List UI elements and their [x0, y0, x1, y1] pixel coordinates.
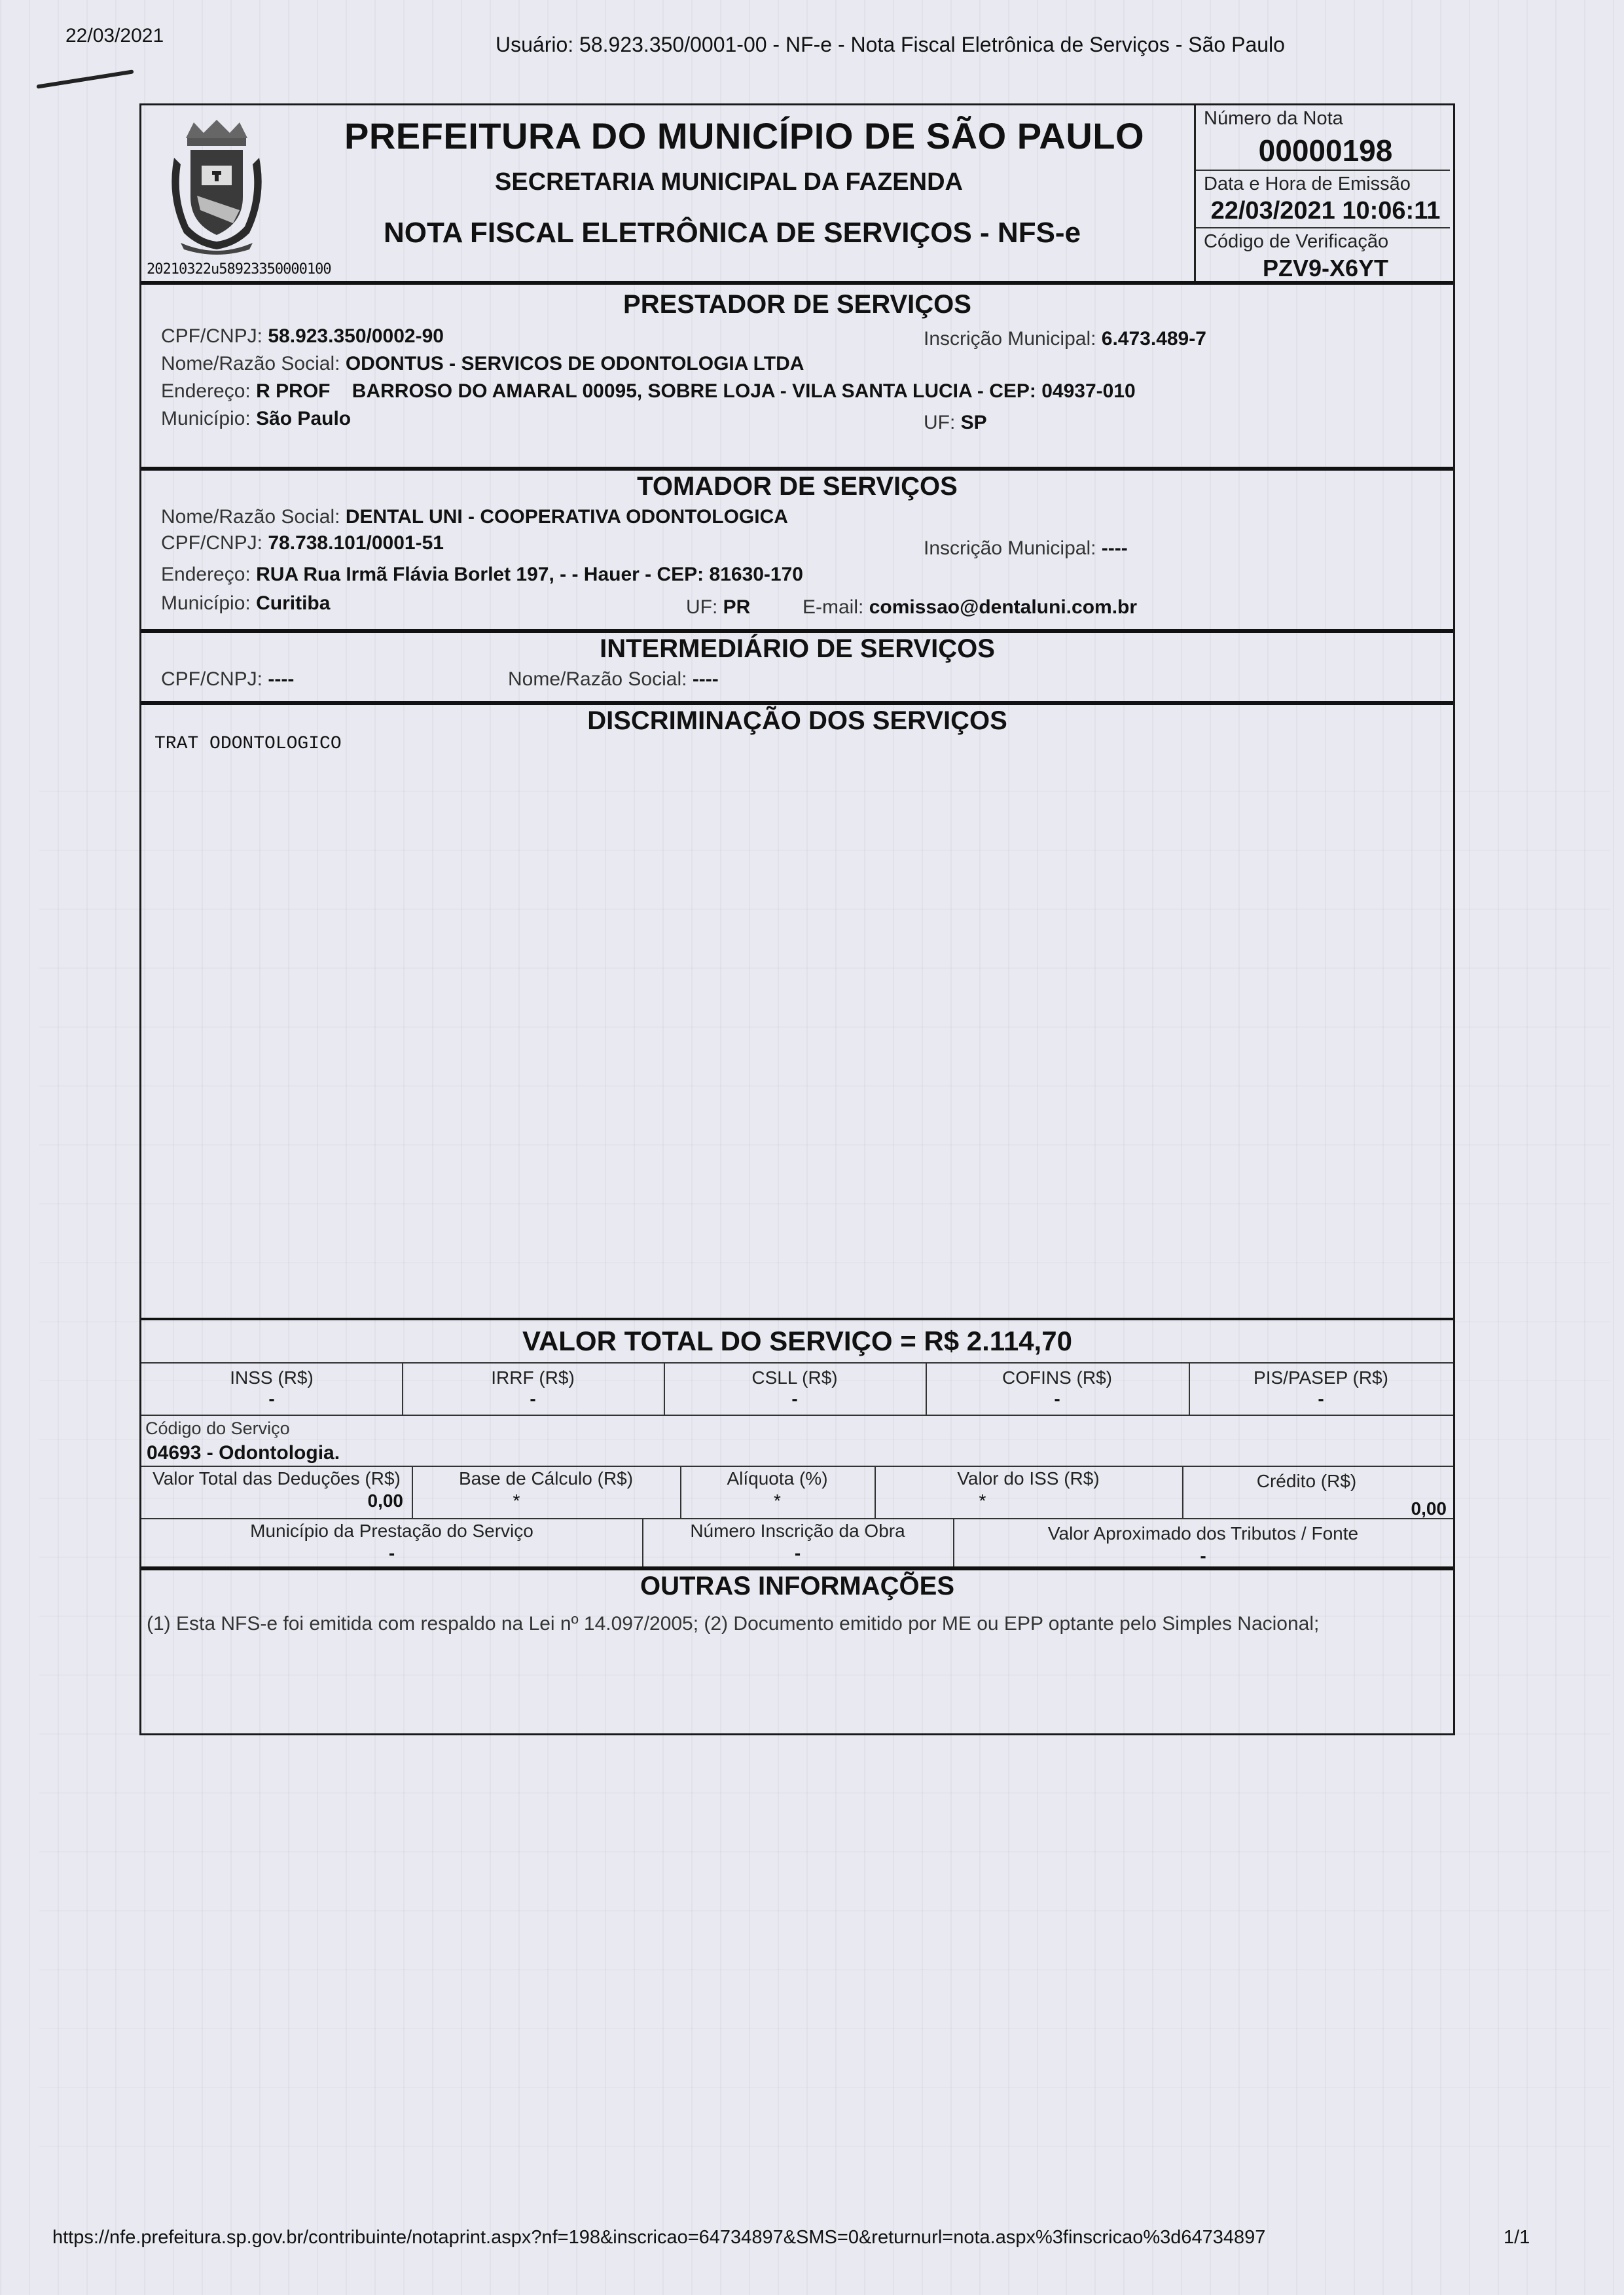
- service-municipality-label: Município da Prestação do Serviço: [141, 1521, 642, 1542]
- note-info-box: Número da Nota 00000198 Data e Hora de E…: [1194, 105, 1455, 282]
- intermediary-name: Nome/Razão Social: ----: [508, 668, 719, 691]
- cofins-label: COFINS (R$): [926, 1367, 1189, 1388]
- intermediary-cnpj: CPF/CNPJ: ----: [161, 668, 294, 691]
- divider: [141, 1518, 1453, 1519]
- customer-im: Inscrição Municipal: ----: [924, 537, 1128, 560]
- provider-uf: UF: SP: [924, 412, 987, 434]
- verification-code: PZV9-X6YT: [1196, 255, 1455, 282]
- inss-value: -: [141, 1388, 402, 1409]
- service-municipality-value: -: [141, 1543, 642, 1564]
- customer-cnpj: CPF/CNPJ: 78.738.101/0001-51: [161, 532, 444, 554]
- work-registration-label: Número Inscrição da Obra: [642, 1521, 953, 1542]
- services-section-title: DISCRIMINAÇÃO DOS SERVIÇOS: [141, 706, 1453, 736]
- org-title: PREFEITURA DO MUNICÍPIO DE SÃO PAULO: [344, 115, 1144, 157]
- calc-base-value: *: [412, 1491, 621, 1511]
- deductions-label: Valor Total das Deduções (R$): [141, 1468, 412, 1489]
- rate-value: *: [680, 1491, 875, 1511]
- rate-label: Alíquota (%): [680, 1468, 875, 1489]
- pis-pasep-label: PIS/PASEP (R$): [1189, 1367, 1453, 1388]
- provider-city: Município: São Paulo: [161, 408, 351, 430]
- inss-label: INSS (R$): [141, 1367, 402, 1388]
- print-title: Usuário: 58.923.350/0001-00 - NF-e - Not…: [496, 33, 1285, 57]
- credit-label: Crédito (R$): [1182, 1471, 1431, 1492]
- pis-pasep-value: -: [1189, 1388, 1453, 1409]
- doc-type-title: NOTA FISCAL ELETRÔNICA DE SERVIÇOS - NFS…: [384, 217, 1081, 249]
- provider-cnpj: CPF/CNPJ: 58.923.350/0002-90: [161, 325, 444, 348]
- service-code-label: Código do Serviço: [145, 1419, 290, 1439]
- note-number: 00000198: [1196, 133, 1455, 168]
- divider: [141, 281, 1453, 285]
- total-value: VALOR TOTAL DO SERVIÇO = R$ 2.114,70: [141, 1326, 1453, 1357]
- provider-section-title: PRESTADOR DE SERVIÇOS: [141, 290, 1453, 319]
- intermediary-section-title: INTERMEDIÁRIO DE SERVIÇOS: [141, 634, 1453, 664]
- coat-of-arms-icon: [168, 118, 266, 256]
- note-number-label: Número da Nota: [1204, 108, 1343, 130]
- iss-value-label: Valor do ISS (R$): [875, 1468, 1182, 1489]
- issue-datetime: 22/03/2021 10:06:11: [1196, 197, 1455, 225]
- divider: [141, 467, 1453, 471]
- approx-taxes-label: Valor Aproximado dos Tributos / Fonte: [953, 1523, 1453, 1544]
- print-url: https://nfe.prefeitura.sp.gov.br/contrib…: [52, 2227, 1265, 2249]
- customer-section-title: TOMADOR DE SERVIÇOS: [141, 472, 1453, 501]
- irrf-value: -: [402, 1388, 664, 1409]
- approx-taxes-value: -: [953, 1545, 1453, 1566]
- deductions-value: 0,00: [141, 1491, 403, 1511]
- irrf-label: IRRF (R$): [402, 1367, 664, 1388]
- page-number: 1/1: [1504, 2227, 1530, 2249]
- customer-email: E-mail: comissao@dentaluni.com.br: [803, 596, 1137, 619]
- csll-label: CSLL (R$): [664, 1367, 926, 1388]
- divider: [141, 1566, 1453, 1570]
- credit-value: 0,00: [1182, 1498, 1447, 1519]
- provider-name: Nome/Razão Social: ODONTUS - SERVICOS DE…: [161, 353, 804, 375]
- provider-im: Inscrição Municipal: 6.473.489-7: [924, 328, 1206, 350]
- calc-base-label: Base de Cálculo (R$): [412, 1468, 680, 1489]
- other-info-title: OUTRAS INFORMAÇÕES: [141, 1572, 1453, 1601]
- customer-name: Nome/Razão Social: DENTAL UNI - COOPERAT…: [161, 506, 788, 528]
- issue-datetime-label: Data e Hora de Emissão: [1204, 173, 1411, 195]
- divider: [141, 629, 1453, 633]
- pen-mark: [36, 69, 134, 88]
- divider: [141, 1466, 1453, 1467]
- customer-uf: UF: PR: [686, 596, 750, 619]
- csll-value: -: [664, 1388, 926, 1409]
- customer-address: Endereço: RUA Rua Irmã Flávia Borlet 197…: [161, 564, 803, 586]
- provider-address: Endereço: R PROF BARROSO DO AMARAL 00095…: [161, 380, 1136, 403]
- iss-value: *: [875, 1491, 1091, 1511]
- barcode-text: 20210322u58923350000100: [147, 261, 331, 278]
- dept-title: SECRETARIA MUNICIPAL DA FAZENDA: [495, 168, 963, 196]
- cofins-value: -: [926, 1388, 1189, 1409]
- services-description: TRAT ODONTOLOGICO: [154, 734, 342, 754]
- work-registration-value: -: [642, 1543, 953, 1564]
- other-info-text: (1) Esta NFS-e foi emitida com respaldo …: [147, 1612, 1377, 1636]
- nfse-document: 20210322u58923350000100 PREFEITURA DO MU…: [139, 103, 1455, 1735]
- divider: [141, 1362, 1453, 1364]
- divider: [141, 1318, 1453, 1320]
- divider: [141, 701, 1453, 705]
- divider: [141, 1415, 1453, 1416]
- verification-code-label: Código de Verificação: [1204, 231, 1388, 253]
- customer-city: Município: Curitiba: [161, 592, 330, 615]
- service-code-value: 04693 - Odontologia.: [147, 1442, 340, 1464]
- print-date: 22/03/2021: [65, 25, 164, 47]
